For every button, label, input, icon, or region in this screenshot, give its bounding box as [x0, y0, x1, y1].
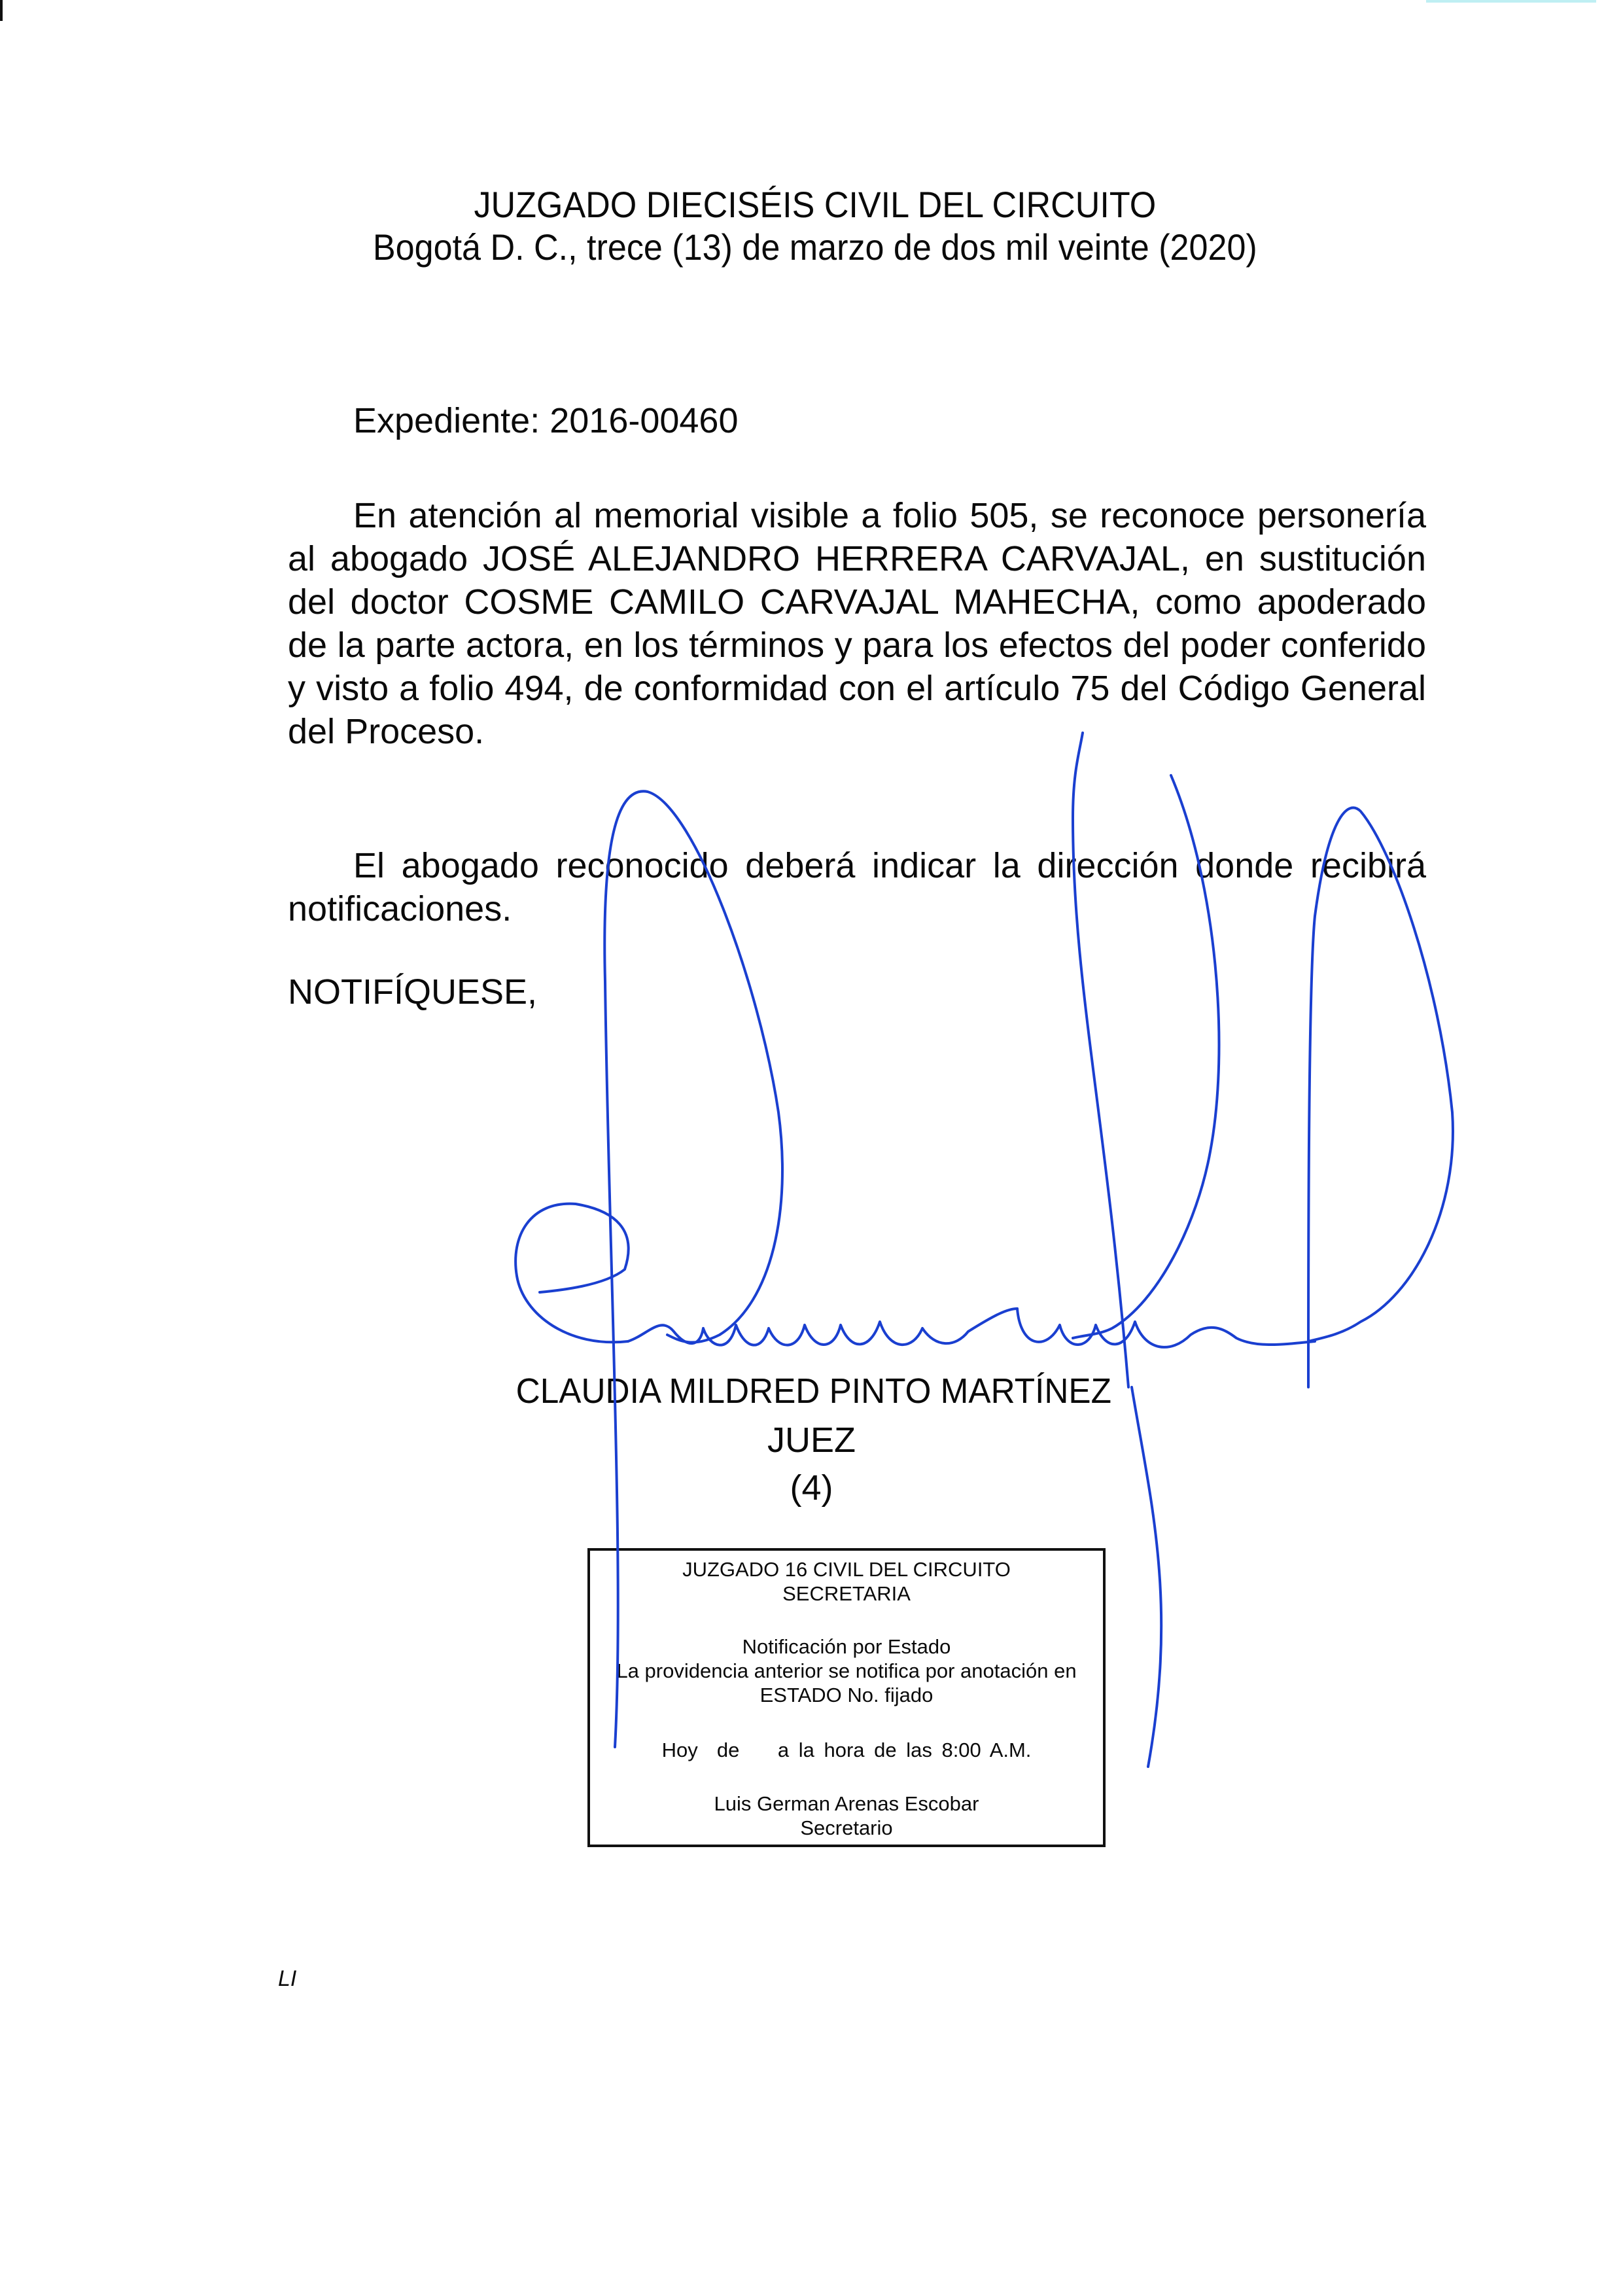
stamp-notification-title: Notificación por Estado	[590, 1634, 1103, 1659]
scan-edge-mark	[0, 0, 3, 21]
stamp-court: JUZGADO 16 CIVIL DEL CIRCUITO	[590, 1557, 1103, 1581]
stamp-estado: ESTADO No. fijado	[590, 1683, 1103, 1707]
handwritten-signature	[0, 0, 1623, 2296]
closing-notifiquese: NOTIFÍQUESE,	[288, 972, 537, 1012]
paragraph-address-notice: El abogado reconocido deberá indicar la …	[288, 844, 1426, 930]
case-number: Expediente: 2016-00460	[353, 400, 739, 441]
signatory-number: (4)	[0, 1468, 1623, 1508]
document-page: JUZGADO DIECISÉIS CIVIL DEL CIRCUITO Bog…	[0, 0, 1623, 2296]
stamp-secretary-name: Luis German Arenas Escobar	[590, 1792, 1103, 1816]
typist-initials: LI	[278, 1966, 296, 1992]
notification-stamp: JUZGADO 16 CIVIL DEL CIRCUITO SECRETARIA…	[587, 1548, 1106, 1847]
paragraph-recognition: En atención al memorial visible a folio …	[288, 494, 1426, 753]
stamp-date-time: Hoy de a la hora de las 8:00 A.M.	[590, 1738, 1103, 1762]
stamp-notification-text: La providencia anterior se notifica por …	[590, 1659, 1103, 1683]
scan-edge-tint	[1426, 0, 1596, 3]
court-name: JUZGADO DIECISÉIS CIVIL DEL CIRCUITO	[60, 183, 1569, 226]
signatory-role: JUEZ	[0, 1420, 1623, 1460]
signatory-name: CLAUDIA MILDRED PINTO MARTÍNEZ	[43, 1371, 1584, 1411]
stamp-secretary-role: Secretario	[590, 1816, 1103, 1840]
date-line: Bogotá D. C., trece (13) de marzo de dos…	[60, 226, 1569, 268]
stamp-secretaria: SECRETARIA	[590, 1581, 1103, 1606]
